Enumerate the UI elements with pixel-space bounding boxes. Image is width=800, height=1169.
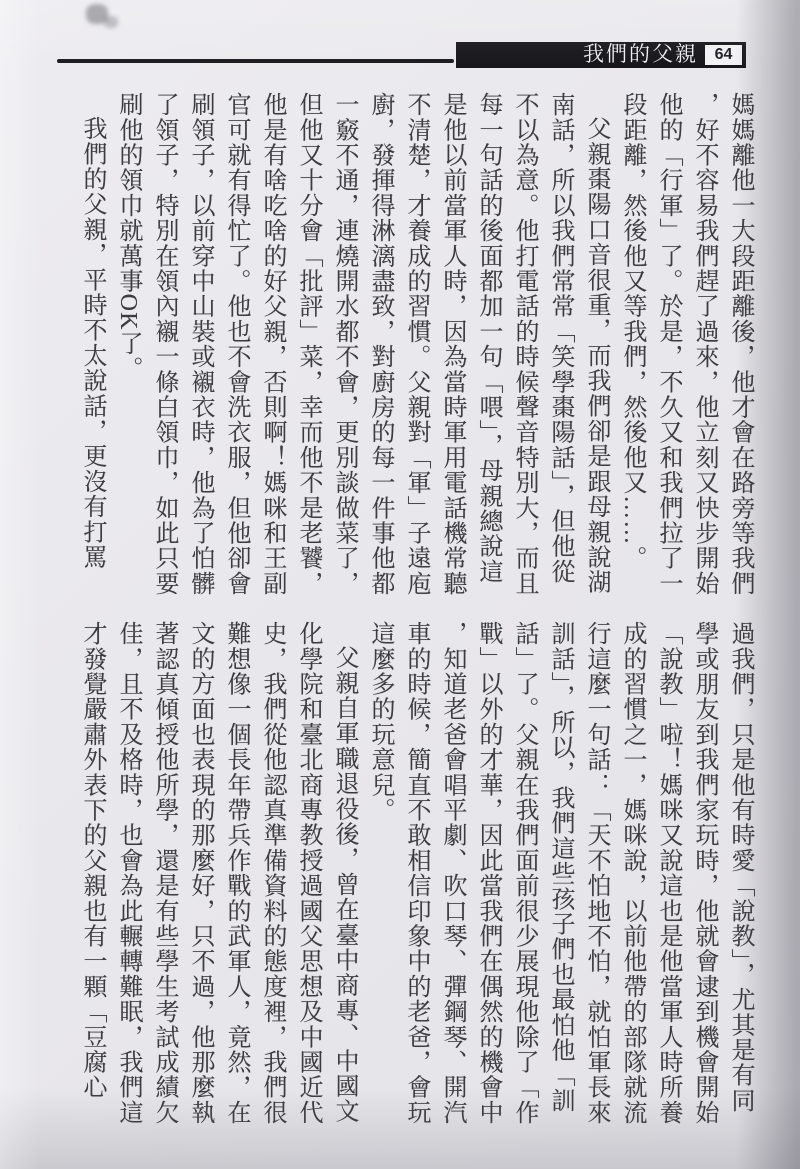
page-number-badge: 64: [705, 45, 742, 65]
header-title-bar: 我們的父親 64: [456, 42, 746, 68]
paragraph: 我們的父親，平時不太說話，更沒有打罵: [74, 92, 110, 598]
text-block-bottom: 過我們，只是他有時愛「說教」，尤其是有同學或朋友到我們家玩時，他就會逮到機會開始…: [64, 621, 758, 1127]
paragraph: 父親自軍職退役後，曾在臺中商專、中國文化學院和臺北商專教授過國父思想及中國近代史…: [74, 621, 362, 1127]
paragraph: 父親棗陽口音很重，而我們卻是跟母親說湖南話，所以我們常常「笑學棗陽話」，但他從不…: [110, 92, 614, 598]
text-block-top: 媽媽離他一大段距離後，他才會在路旁等我們，好不容易我們趕了過來，他立刻又快步開始…: [64, 92, 758, 598]
header-rule: [57, 59, 454, 63]
paragraph-continuation: 過我們，只是他有時愛「說教」，尤其是有同學或朋友到我們家玩時，他就會逮到機會開始…: [362, 621, 758, 1127]
paragraph-continuation: 媽媽離他一大段距離後，他才會在路旁等我們，好不容易我們趕了過來，他立刻又快步開始…: [614, 92, 758, 598]
book-page: 我們的父親 64 媽媽離他一大段距離後，他才會在路旁等我們，好不容易我們趕了過來…: [0, 0, 800, 1169]
book-title: 我們的父親: [583, 44, 698, 67]
scan-artifact: [104, 16, 118, 28]
